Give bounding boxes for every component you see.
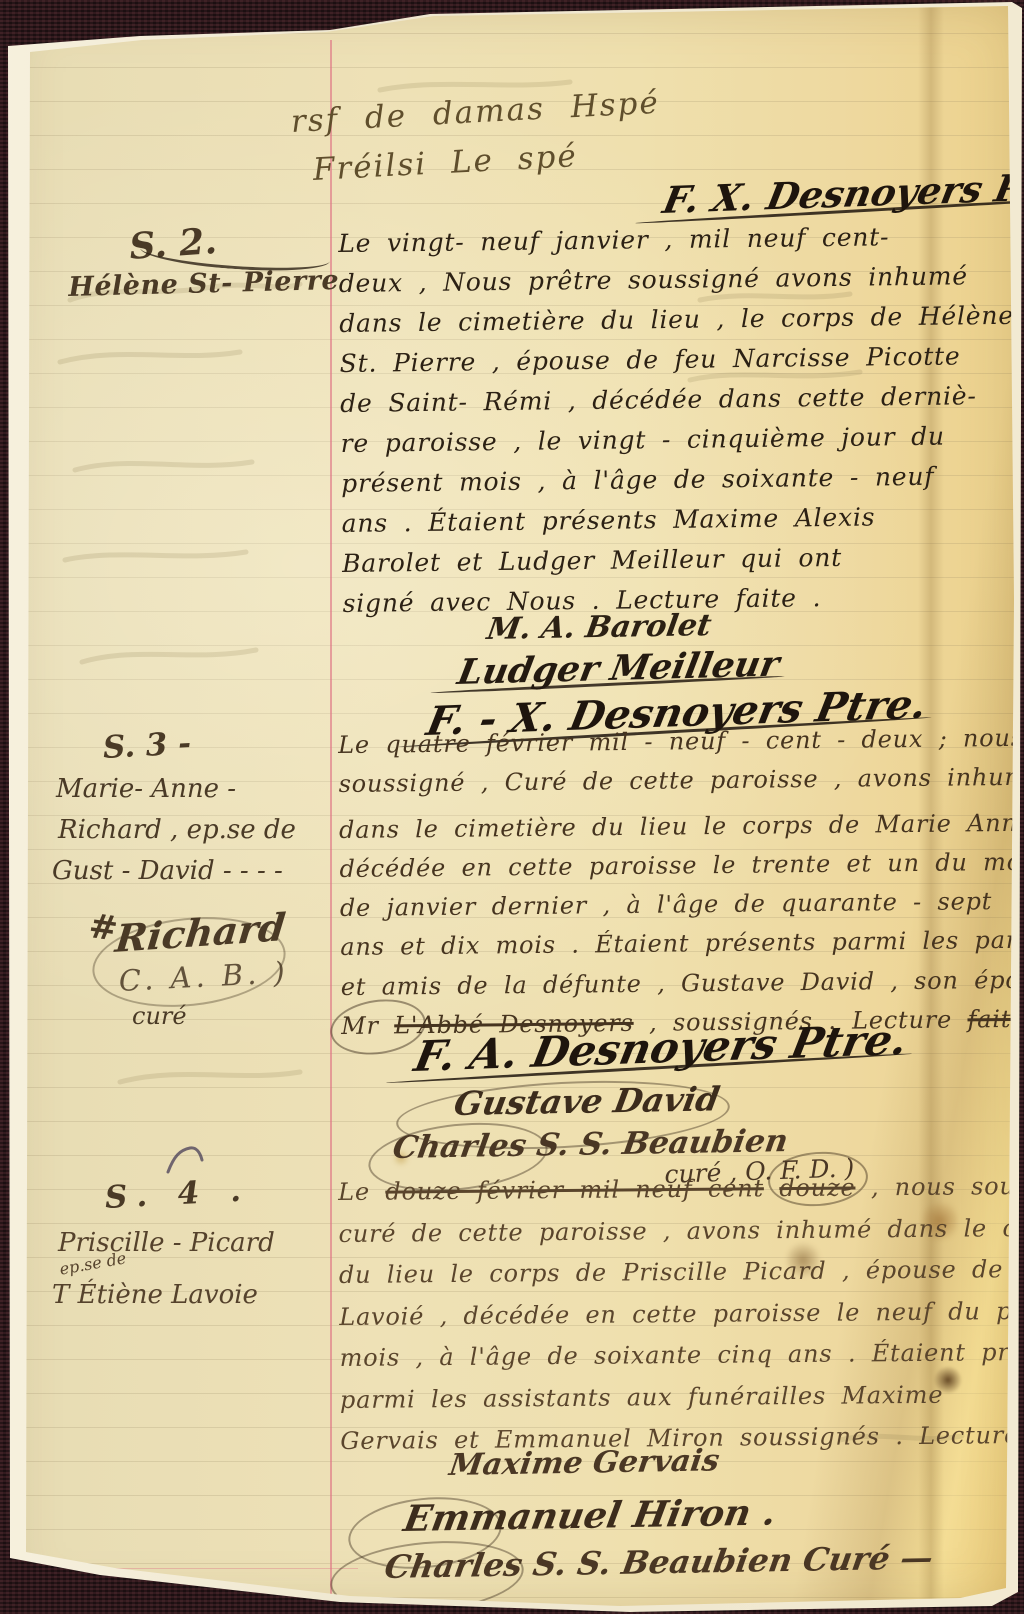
body-line: et amis de la défunte , Gustave David , … (341, 960, 1024, 1008)
body-line: Lavoié , décédée en cette paroisse le ne… (339, 1290, 1024, 1338)
body-line: curé de cette paroisse , avons inhumé da… (338, 1207, 1024, 1255)
margin-deceased-name: Richard , ep.se de (58, 815, 296, 845)
margin-correction-title: curé (132, 1002, 187, 1030)
priest-signature: F. X. Desnoyers Ptre. (659, 163, 1024, 222)
body-line: soussigné , Curé de cette paroisse , avo… (338, 757, 1024, 805)
body-line-text: , nous soussigné (855, 1171, 1024, 1201)
body-line: Le douze février mil neuf cent douze , n… (338, 1165, 1024, 1213)
witness-signature: Gustave David (451, 1079, 723, 1123)
act-body-text: Le douze février mil neuf cent douze , n… (338, 1165, 1024, 1462)
previous-act-fragment-line: Fréilsi Le spé (312, 138, 579, 188)
body-line-text: dans le cimetière du lieu le corps de Ma… (339, 808, 1024, 843)
margin-deceased-name: T Étiène Lavoie (52, 1280, 258, 1310)
paper: rsf de damas Hspé Fréilsi Le spé F. X. D… (0, 0, 1024, 1614)
body-line-text (764, 1174, 780, 1202)
body-line: ans et dix mois . Étaient présents parmi… (340, 920, 1024, 968)
margin-deceased-name: Marie- Anne - (56, 774, 236, 804)
witness-signature: Ludger Meilleur (454, 644, 782, 693)
body-line: mois , à l'âge de soixante cinq ans . Ét… (339, 1331, 1024, 1379)
witness-signature: Maxime Gervais (447, 1443, 722, 1483)
witness-signature: M. A. Barolet (484, 608, 713, 647)
previous-act-fragment-line: rsf de damas Hspé (290, 85, 661, 140)
body-line: Le quatre février mil - neuf - cent - de… (338, 718, 1024, 766)
act-body-text: Le quatre février mil - neuf - cent - de… (338, 718, 1024, 1047)
body-line: décédée en cette paroisse le trente et u… (339, 842, 1024, 890)
witness-signature: Emmanuel Hiron . (401, 1492, 780, 1540)
margin-entry-number: S. 4 . (104, 1172, 252, 1216)
body-line: de janvier dernier , à l'âge de quarante… (340, 881, 1024, 929)
margin-deceased-name: Hélène St- Pierre (68, 265, 339, 303)
act-body-text: Le vingt- neuf janvier , mil neuf cent- … (338, 216, 1018, 624)
margin-deceased-name: Gust - David - - - - (52, 856, 283, 886)
body-line-text: Le (338, 1178, 385, 1206)
margin-entry-number: S. 3 - (102, 725, 192, 766)
body-line: présent mois , à l'âge de soixante - neu… (341, 456, 1016, 504)
register-page-photo: rsf de damas Hspé Fréilsi Le spé F. X. D… (0, 0, 1024, 1614)
body-line: du lieu le corps de Priscille Picard , é… (339, 1248, 1024, 1296)
body-line: parmi les assistants aux funérailles Max… (340, 1373, 1024, 1421)
strike-segment: douze (779, 1173, 855, 1202)
body-line: dans le cimetière du lieu le corps de Ma… (339, 796, 1024, 850)
strike-segment: douze février mil neuf cent (385, 1174, 764, 1205)
